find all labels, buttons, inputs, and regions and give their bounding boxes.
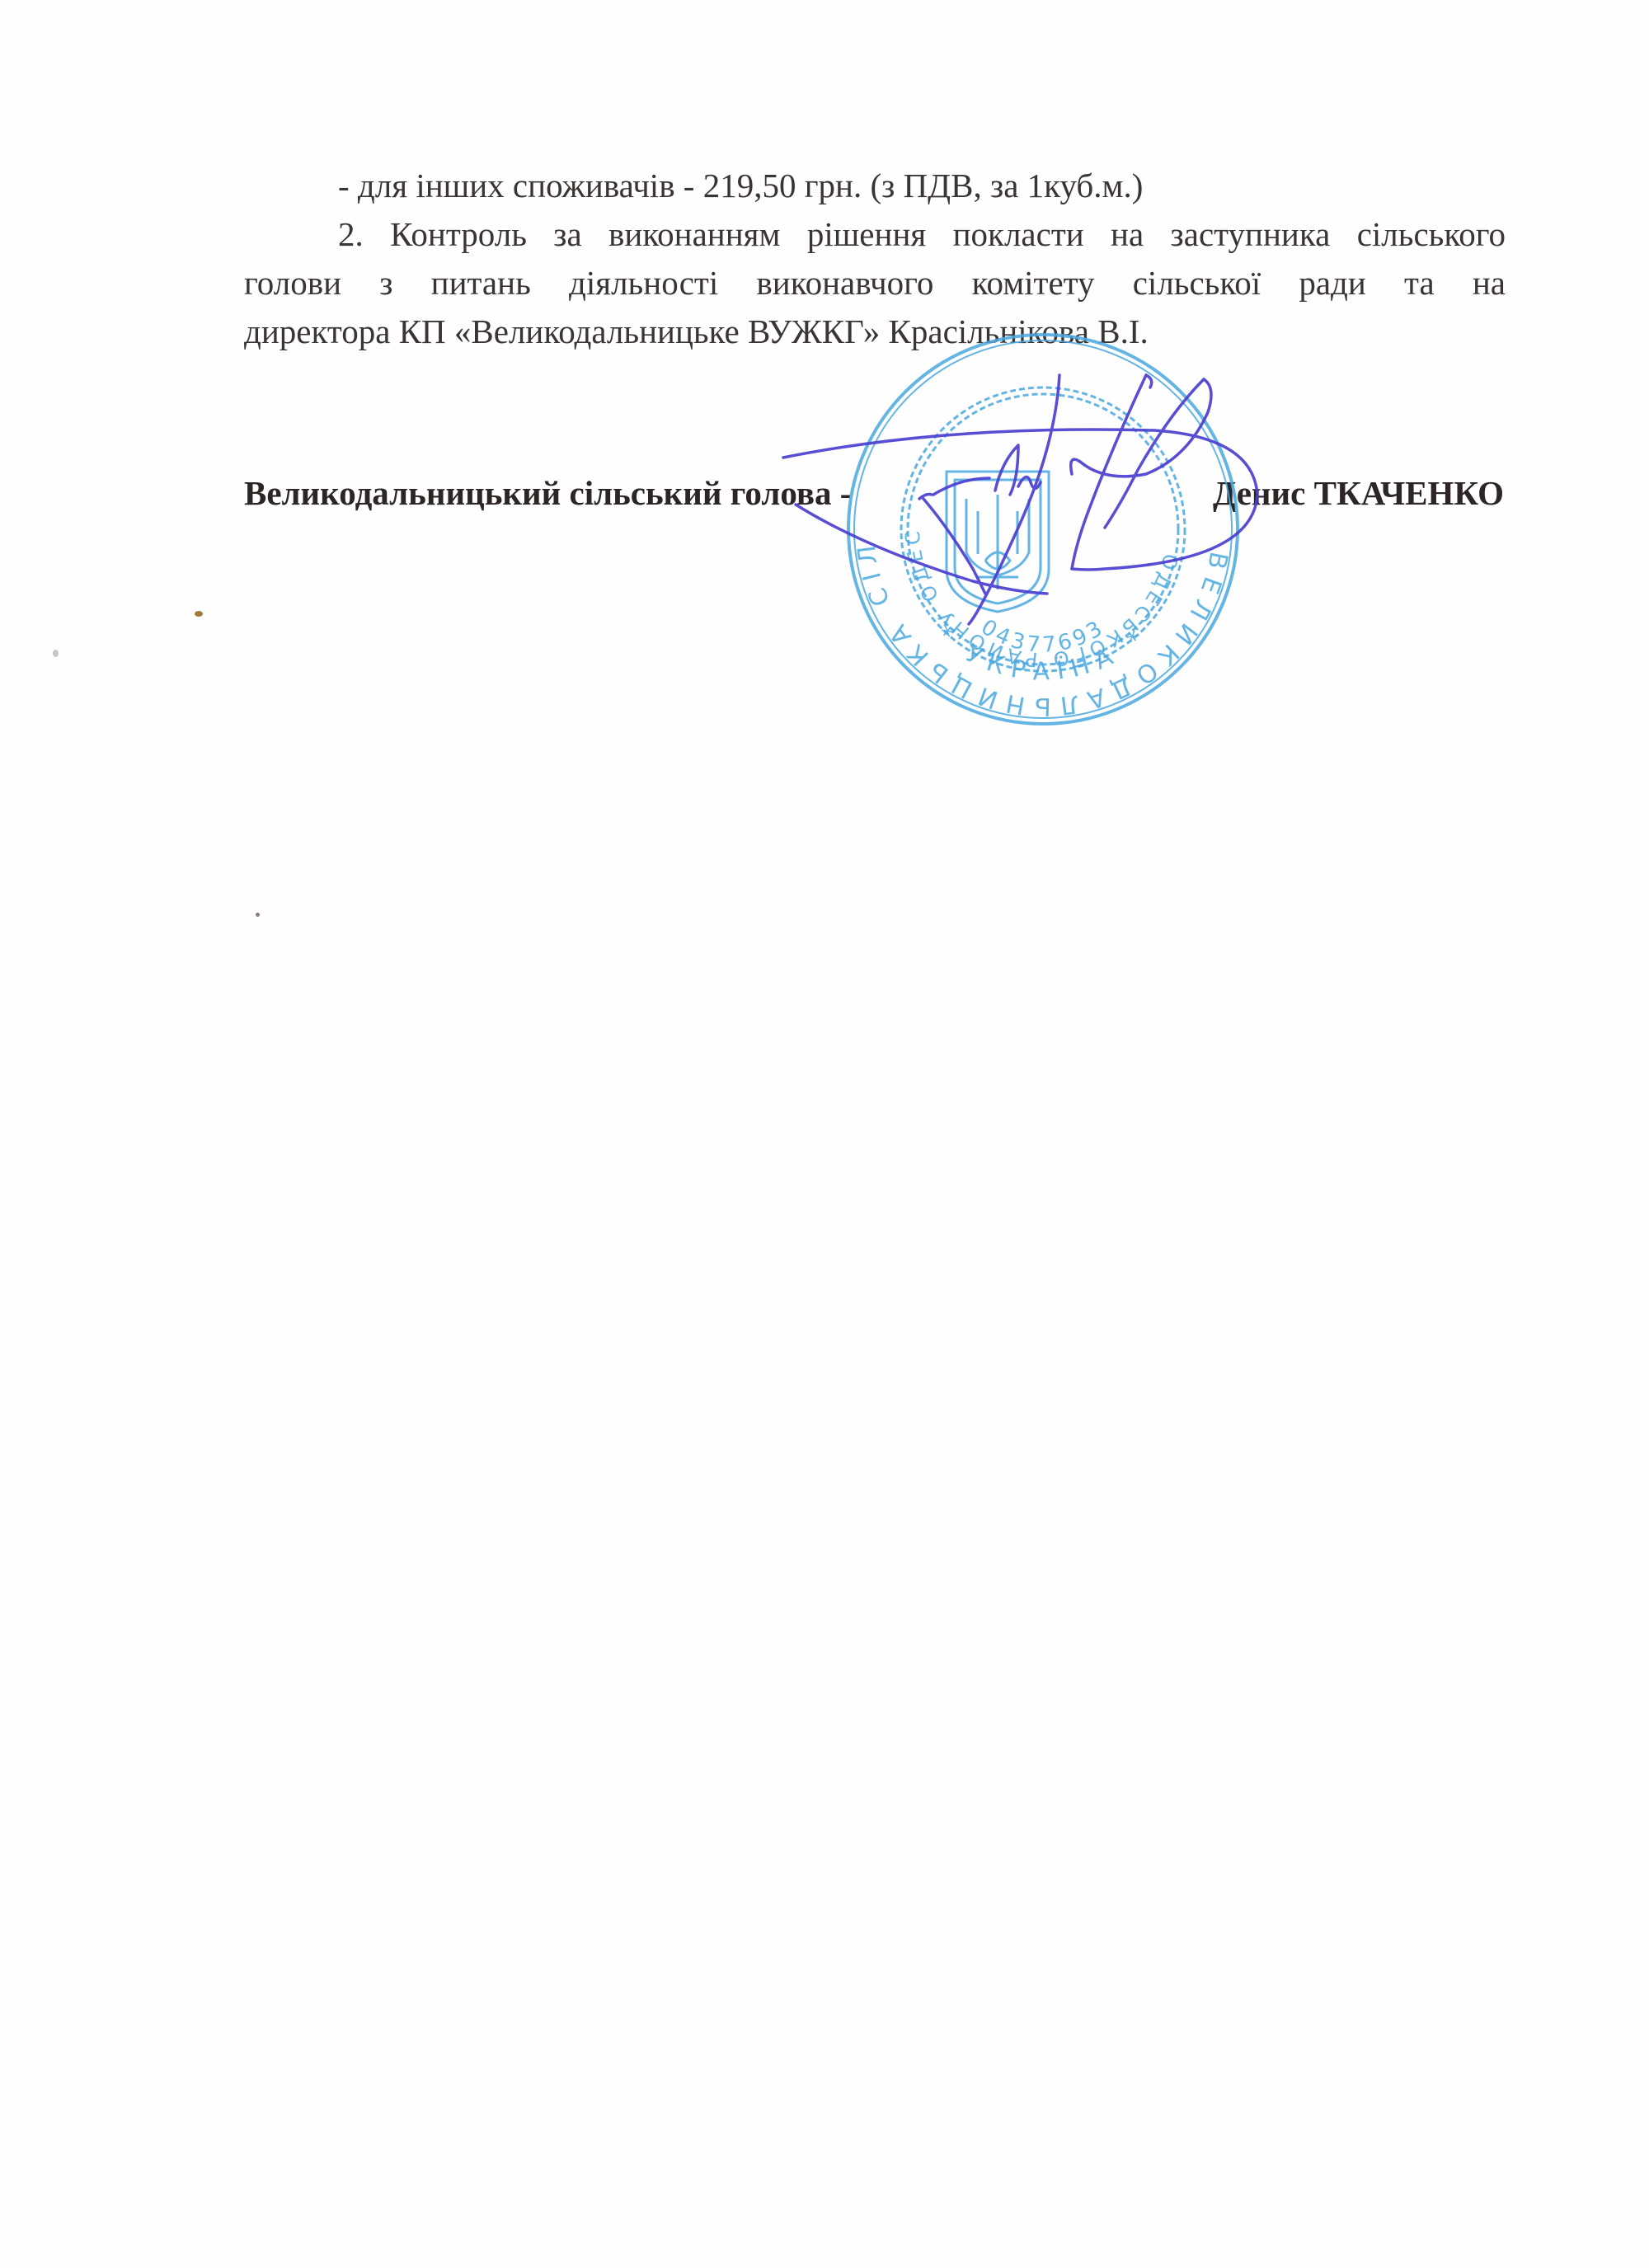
text-line: голови з питань діяльності виконавчого к… bbox=[244, 259, 1506, 308]
text-line: директора КП «Великодальницьке ВУЖКГ» Кр… bbox=[244, 308, 1506, 356]
signatory-title: Великодальницький сільський голова - bbox=[244, 473, 851, 513]
text-line: - для інших споживачів - 219,50 грн. (з … bbox=[244, 162, 1506, 210]
stamp-code: 04377693 bbox=[976, 615, 1109, 658]
signatory-name: Денис ТКАЧЕНКО bbox=[1213, 473, 1504, 513]
document-page: - для інших споживачів - 219,50 грн. (з … bbox=[0, 0, 1649, 2268]
stamp-country: * УКРАЇНА * bbox=[930, 620, 1155, 687]
paragraph-tariff-other-consumers: - для інших споживачів - 219,50 грн. (з … bbox=[244, 162, 1506, 210]
scan-speck bbox=[195, 611, 203, 617]
stamp-outer-text: ВЕЛИКОДАЛЬНИЦЬКА СІЛЬСЬКА РАДА bbox=[0, 0, 1233, 721]
signature-block: Великодальницький сільський голова - Ден… bbox=[244, 460, 1506, 518]
text-line: 2. Контроль за виконанням рішення поклас… bbox=[244, 210, 1506, 259]
scan-speck bbox=[256, 913, 260, 917]
scan-speck bbox=[53, 650, 59, 657]
paragraph-control-clause: 2. Контроль за виконанням рішення поклас… bbox=[244, 210, 1506, 356]
